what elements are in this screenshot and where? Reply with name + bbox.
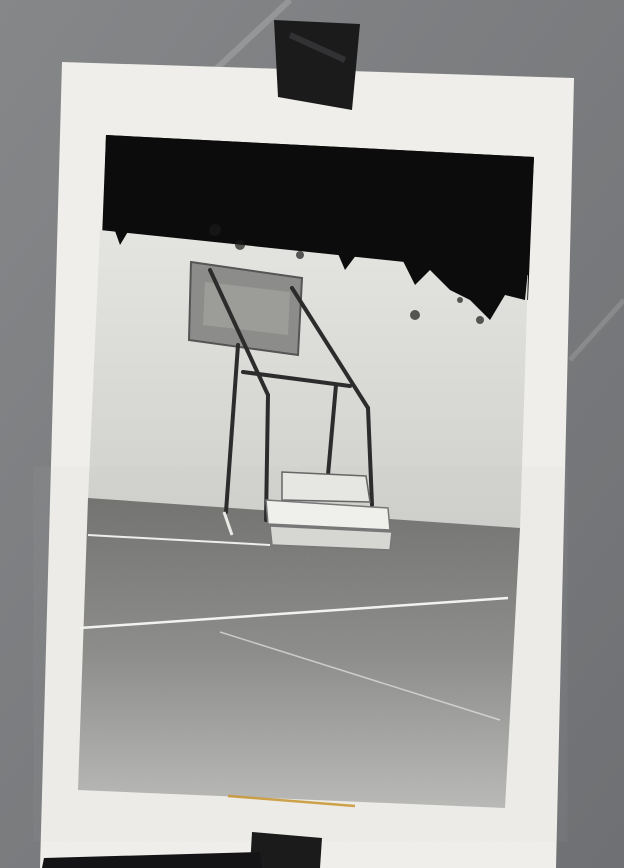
photo-image	[78, 135, 534, 810]
photo-scene	[0, 0, 624, 868]
top-tape	[274, 20, 360, 110]
